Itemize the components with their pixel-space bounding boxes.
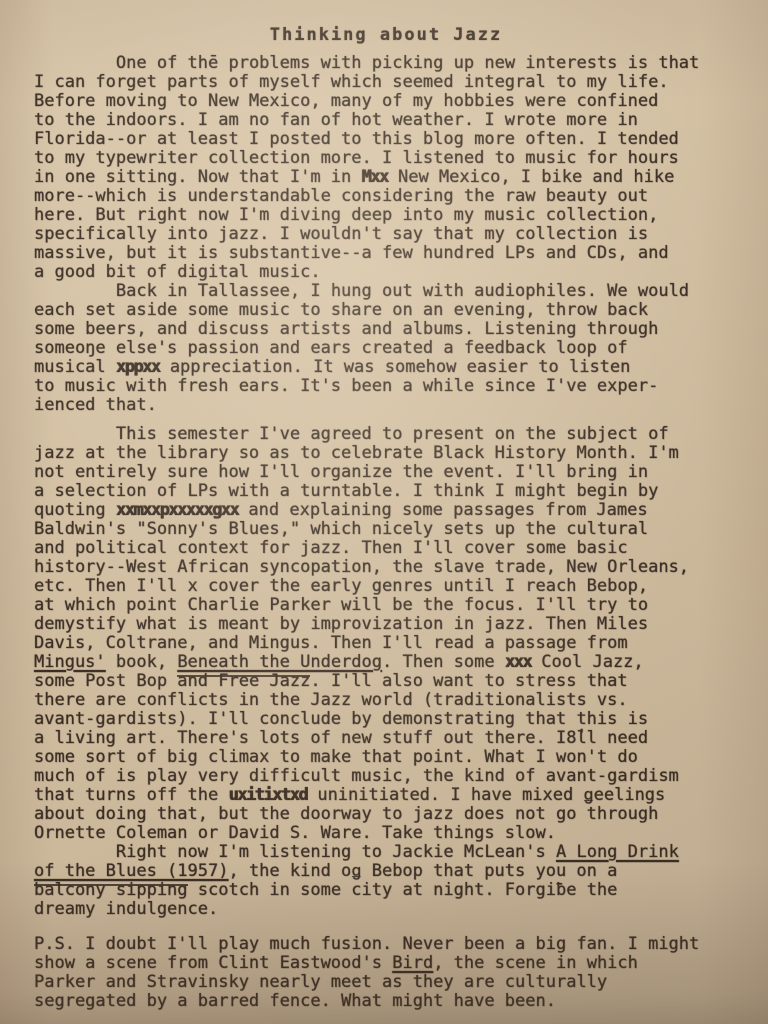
page-title: Thinking about Jazz <box>34 26 738 45</box>
paragraph-postscript: P.S. I doubt I'll play much fusion. Neve… <box>34 935 738 1011</box>
paragraph-intro: One of thē problems with picking up new … <box>34 54 738 282</box>
overlined-text: balcony sipping <box>34 880 188 900</box>
paragraph-library-presentation: This semester I've agreed to present on … <box>34 425 738 843</box>
text-segment: Right now I'm listening to Jackie McLean… <box>34 842 556 862</box>
underlined-film-title: Bird <box>392 953 433 973</box>
text-segment: book, <box>106 652 178 672</box>
paragraph-tallassee: Back in Tallassee, I hung out with audio… <box>34 282 738 415</box>
paragraph-jackie-mclean: Right now I'm listening to Jackie McLean… <box>34 843 738 919</box>
overstruck-text: xxx <box>505 652 531 672</box>
overstruck-text: xppxx <box>116 357 160 377</box>
text-segment: , the kind oǥ Bebop that puts you on a <box>228 861 617 881</box>
underlined-text: Mingus' <box>34 652 106 672</box>
overlined-text: and Free Jazz <box>177 671 310 691</box>
text-segment: . Then some <box>382 652 505 672</box>
typewritten-document-page: Thinking about Jazz One of thē problems … <box>0 0 768 1024</box>
text-segment: and explaining some passages from James … <box>34 500 689 653</box>
underlined-book-title: Beneath the Underdog <box>177 652 382 672</box>
overstruck-text: Mxx <box>362 167 388 187</box>
overstruck-text: uxitixtxd <box>228 785 307 805</box>
overstruck-text: xxmxxpxxxxxgxx <box>116 500 238 520</box>
